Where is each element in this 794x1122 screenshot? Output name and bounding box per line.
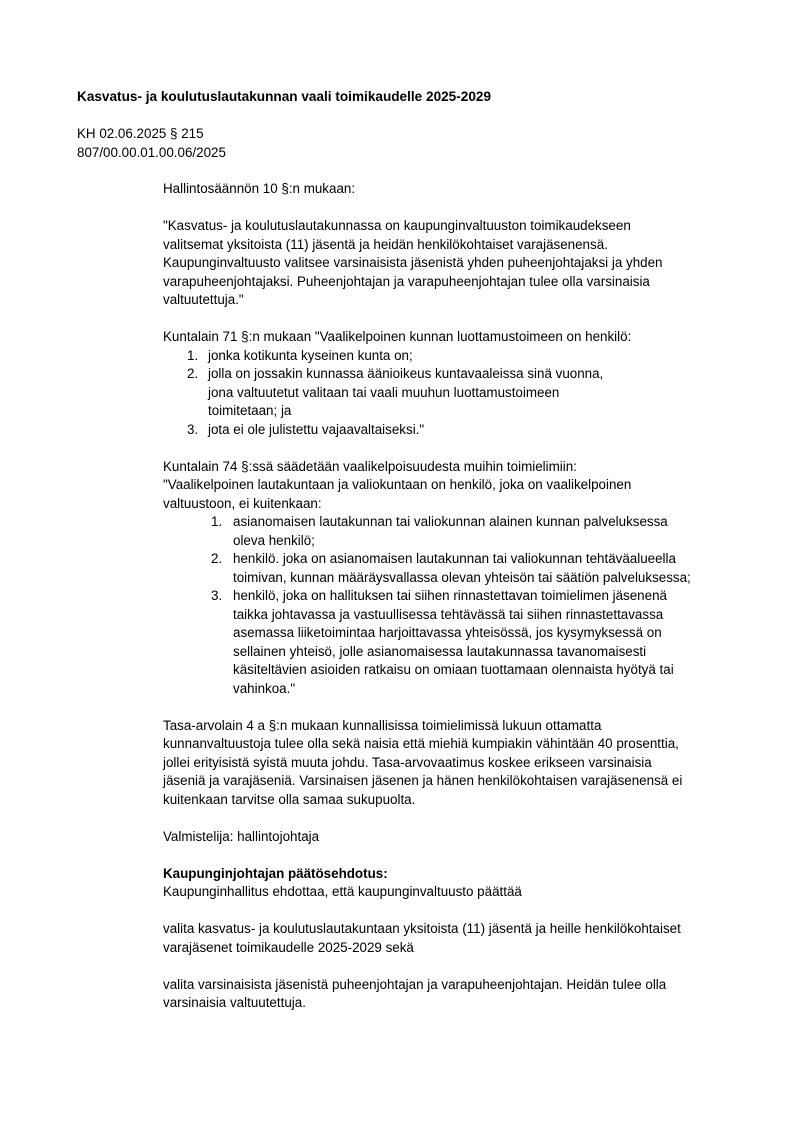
text-line: valita kasvatus- ja koulutuslautakuntaan… [163, 920, 753, 939]
record-id: 807/00.00.01.00.06/2025 [77, 144, 226, 163]
document-title: Kasvatus- ja koulutuslautakunnan vaali t… [77, 88, 491, 107]
text-line: "Vaalikelpoinen lautakuntaan ja valiokun… [163, 476, 753, 495]
text-line: oleva henkilö; [163, 532, 753, 551]
text-line: vahinkoa." [163, 680, 753, 699]
proposal-point-1: valita kasvatus- ja koulutuslautakuntaan… [163, 920, 753, 957]
text-line: kunnanvaltuustoja tulee olla sekä naisia… [163, 735, 753, 754]
text-line: sellainen yhteisö, jolle asianomaisessa … [163, 643, 753, 662]
text-line: jonka kotikunta kyseinen kunta on; [163, 347, 753, 366]
list-item: 1. jonka kotikunta kyseinen kunta on; [163, 347, 753, 366]
text-line: henkilö. joka on asianomaisen lautakunna… [163, 550, 753, 569]
meeting-reference: KH 02.06.2025 § 215 [77, 125, 226, 144]
text-line: varapuheenjohtajaksi. Puheenjohtajan ja … [163, 273, 753, 292]
text-line: taikka johtavassa ja vastuullisessa teht… [163, 606, 753, 625]
text-line: henkilö, joka on hallituksen tai siihen … [163, 587, 753, 606]
text-line: toimivan, kunnan määräysvallassa olevan … [163, 569, 753, 588]
list-item: 2. jolla on jossakin kunnassa äänioikeus… [163, 365, 753, 421]
preparer: Valmistelija: hallintojohtaja [163, 828, 753, 847]
section1-heading: Hallintosäännön 10 §:n mukaan: [163, 180, 753, 199]
list-number: 2. [211, 550, 222, 569]
text-line: Tasa-arvolain 4 a §:n mukaan kunnallisis… [163, 717, 753, 736]
list-number: 1. [187, 347, 198, 366]
text-line: varajäsenet toimikaudelle 2025-2029 sekä [163, 939, 753, 958]
proposal-intro: Kaupunginhallitus ehdottaa, että kaupung… [163, 883, 753, 902]
text-line: valtuutettuja." [163, 291, 753, 310]
text-line: Kaupunginvaltuusto valitsee varsinaisist… [163, 254, 753, 273]
text-line: jota ei ole julistettu vajaavaltaiseksi.… [163, 421, 753, 440]
text-line: valita varsinaisista jäsenistä puheenjoh… [163, 976, 753, 995]
text-line: varsinaisia valtuutettuja. [163, 994, 753, 1013]
section2-list: 1. jonka kotikunta kyseinen kunta on; 2.… [163, 347, 753, 440]
text-line: jäseniä ja varajäseniä. Varsinaisen jäse… [163, 772, 753, 791]
section3-heading: Kuntalain 74 §:ssä säädetään vaalikelpoi… [163, 458, 753, 477]
list-item: 1. asianomaisen lautakunnan tai valiokun… [163, 513, 753, 550]
text-line: "Kasvatus- ja koulutuslautakunnassa on k… [163, 217, 753, 236]
text-line: jolla on jossakin kunnassa äänioikeus ku… [163, 365, 753, 384]
section3-list: 1. asianomaisen lautakunnan tai valiokun… [163, 513, 753, 698]
text-line: jona valtuutetut valitaan tai vaali muuh… [163, 384, 753, 403]
document-body: Hallintosäännön 10 §:n mukaan: "Kasvatus… [163, 180, 753, 1013]
proposal-heading: Kaupunginjohtajan päätösehdotus: [163, 865, 753, 884]
list-item: 3. jota ei ole julistettu vajaavaltaisek… [163, 421, 753, 440]
section2-heading: Kuntalain 71 §:n mukaan "Vaalikelpoinen … [163, 328, 753, 347]
list-item: 3. henkilö, joka on hallituksen tai siih… [163, 587, 753, 698]
text-line: toimitetaan; ja [163, 402, 753, 421]
list-number: 2. [187, 365, 198, 384]
text-line: käsiteltävien asioiden ratkaisu on omiaa… [163, 661, 753, 680]
text-line: valtuustoon, ei kuitenkaan: [163, 495, 753, 514]
text-line: asianomaisen lautakunnan tai valiokunnan… [163, 513, 753, 532]
text-line: valitsemat yksitoista (11) jäsentä ja he… [163, 236, 753, 255]
document-meta: KH 02.06.2025 § 215 807/00.00.01.00.06/2… [77, 125, 226, 162]
section1-quote: "Kasvatus- ja koulutuslautakunnassa on k… [163, 217, 753, 310]
text-line: jollei erityisistä syistä muuta johdu. T… [163, 754, 753, 773]
section4-paragraph: Tasa-arvolain 4 a §:n mukaan kunnallisis… [163, 717, 753, 810]
text-line: kuitenkaan tarvitse olla samaa sukupuolt… [163, 791, 753, 810]
proposal-point-2: valita varsinaisista jäsenistä puheenjoh… [163, 976, 753, 1013]
list-number: 3. [187, 421, 198, 440]
list-number: 3. [211, 587, 222, 606]
text-line: asemassa liiketoimintaa harjoittavassa y… [163, 624, 753, 643]
list-number: 1. [211, 513, 222, 532]
list-item: 2. henkilö. joka on asianomaisen lautaku… [163, 550, 753, 587]
